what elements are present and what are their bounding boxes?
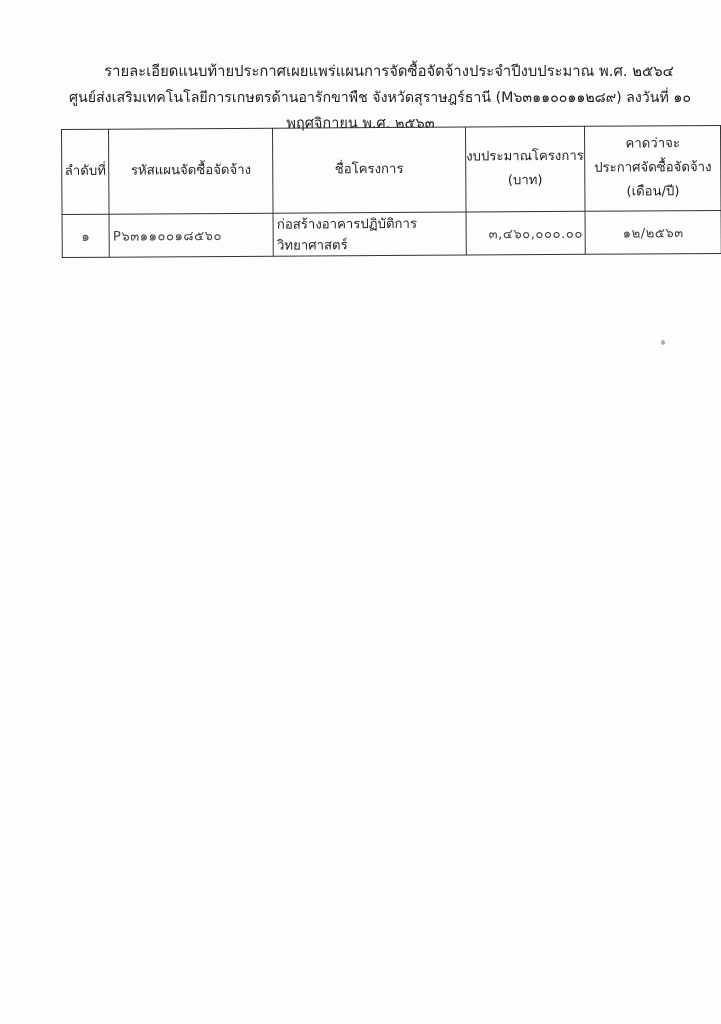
document-page: รายละเอียดแนบท้ายประกาศเผยแพร่แผนการจัดซ… [0,0,721,1024]
table-header-row: ลำดับที่ รหัสแผนจัดซื้อจัดจ้าง ชื่อโครงก… [62,125,721,214]
scan-speck [661,340,665,345]
cell-expected-date: ๑๒/๒๕๖๓ [585,210,721,254]
header-expected-line-2: ประกาศจัดซื้อจัดจ้าง [585,156,720,181]
header-budget-line-2: (บาท) [466,169,585,194]
header-expected-line-1: คาดว่าจะ [585,132,720,157]
heading-line-1: รายละเอียดแนบท้ายประกาศเผยแพร่แผนการจัดซ… [44,62,721,82]
header-budget-line-1: งบประมาณโครงการ [466,145,585,170]
cell-no: ๑ [62,214,109,257]
table-row: ๑ P๖๓๑๑๐๐๑๘๕๖๐ ก่อสร้างอาคารปฏิบัติการวิ… [62,210,721,257]
header-expected-line-3: (เดือน/ปี) [586,180,721,205]
header-expected-date: คาดว่าจะ ประกาศจัดซื้อจัดจ้าง (เดือน/ปี) [585,125,721,211]
header-plan-code: รหัสแผนจัดซื้อจัดจ้าง [109,128,274,214]
header-project-name: ชื่อโครงการ [273,127,466,213]
cell-plan-code: P๖๓๑๑๐๐๑๘๕๖๐ [109,213,273,257]
heading-line-2: ศูนย์ส่งเสริมเทคโนโลยีการเกษตรด้านอารักข… [40,88,720,108]
cell-budget: ๓,๔๖๐,๐๐๐.๐๐ [466,211,586,255]
header-budget: งบประมาณโครงการ (บาท) [465,126,585,212]
procurement-plan-table: ลำดับที่ รหัสแผนจัดซื้อจัดจ้าง ชื่อโครงก… [61,125,721,258]
cell-project-name: ก่อสร้างอาคารปฏิบัติการวิทยาศาสตร์ [273,212,465,256]
header-no: ลำดับที่ [62,129,110,214]
